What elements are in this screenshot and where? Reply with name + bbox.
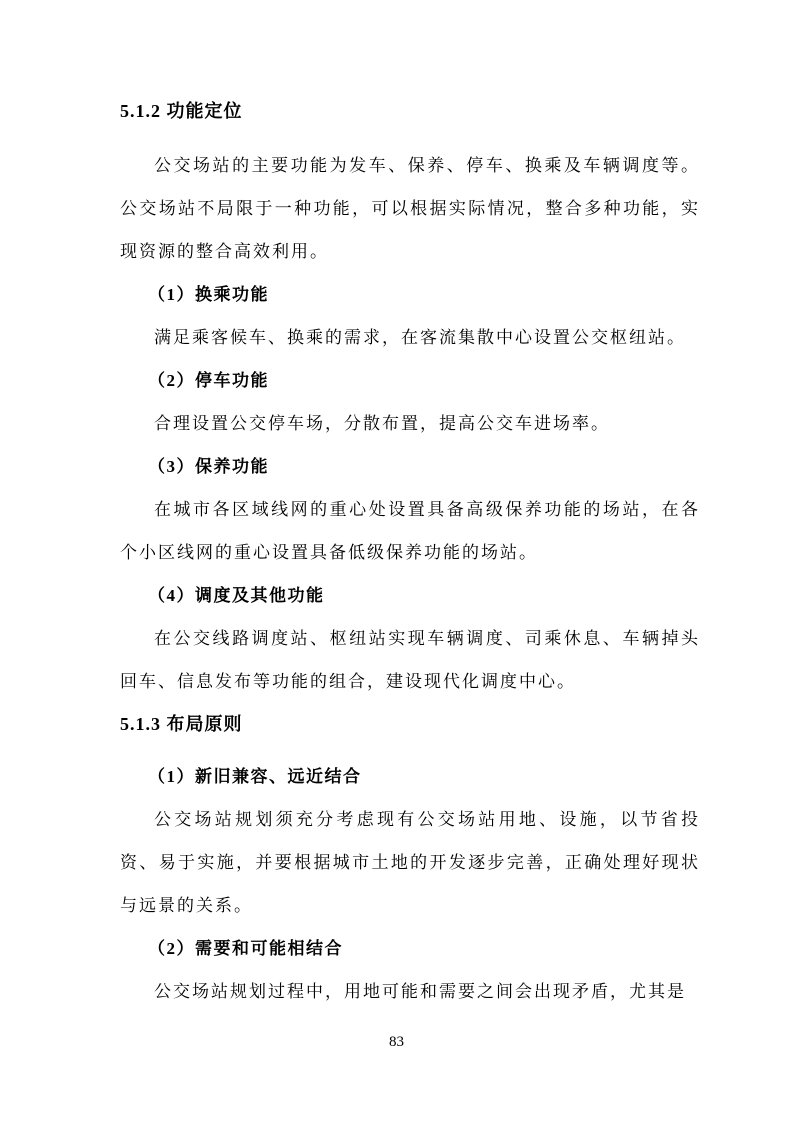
paragraph-old-new-compatibility: 公交场站规划须充分考虑现有公交场站用地、设施，以节省投资、易于实施，并要根据城市… bbox=[120, 798, 700, 927]
section-heading-5-1-2: 5.1.2 功能定位 bbox=[120, 96, 700, 126]
paragraph-parking-function: 合理设置公交停车场，分散布置，提高公交车进场率。 bbox=[120, 402, 700, 445]
paragraph-transfer-function: 满足乘客候车、换乘的需求，在客流集散中心设置公交枢纽站。 bbox=[120, 316, 700, 359]
document-body: 5.1.2 功能定位 公交场站的主要功能为发车、保养、停车、换乘及车辆调度等。公… bbox=[120, 96, 700, 1013]
subheading-old-new-compatibility: （1）新旧兼容、远近结合 bbox=[120, 755, 700, 798]
section-heading-5-1-3: 5.1.3 布局原则 bbox=[120, 709, 700, 739]
subheading-need-and-possibility: （2）需要和可能相结合 bbox=[120, 927, 700, 970]
subheading-parking-function: （2）停车功能 bbox=[120, 359, 700, 402]
paragraph-need-and-possibility: 公交场站规划过程中，用地可能和需要之间会出现矛盾，尤其是 bbox=[120, 970, 700, 1013]
subheading-maintenance-function: （3）保养功能 bbox=[120, 445, 700, 488]
paragraph-functions-intro: 公交场站的主要功能为发车、保养、停车、换乘及车辆调度等。公交场站不局限于一种功能… bbox=[120, 144, 700, 273]
paragraph-maintenance-function: 在城市各区域线网的重心处设置具备高级保养功能的场站，在各个小区线网的重心设置具备… bbox=[120, 488, 700, 574]
subheading-dispatch-function: （4）调度及其他功能 bbox=[120, 574, 700, 617]
paragraph-dispatch-function: 在公交线路调度站、枢纽站实现车辆调度、司乘休息、车辆掉头回车、信息发布等功能的组… bbox=[120, 617, 700, 703]
subheading-transfer-function: （1）换乘功能 bbox=[120, 273, 700, 316]
document-page: 5.1.2 功能定位 公交场站的主要功能为发车、保养、停车、换乘及车辆调度等。公… bbox=[0, 0, 793, 1122]
page-number: 83 bbox=[0, 1032, 793, 1052]
